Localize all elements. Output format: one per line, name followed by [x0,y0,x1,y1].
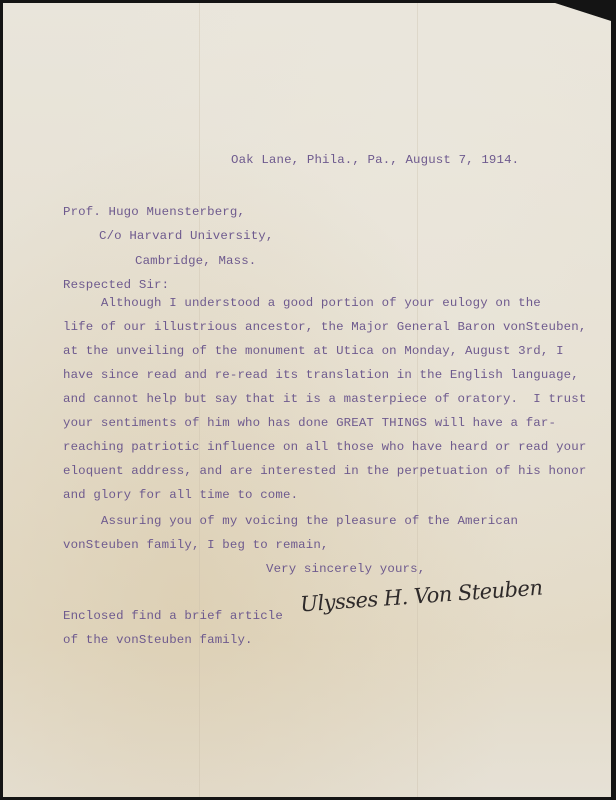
body-line: reaching patriotic influence on all thos… [63,434,586,460]
recipient-name: Prof. Hugo Muensterberg, [63,199,245,225]
body-line: Although I understood a good portion of … [63,290,541,316]
body-line: have since read and re-read its translat… [63,362,579,388]
body-line: and cannot help but say that it is a mas… [63,386,586,412]
body-line: at the unveiling of the monument at Utic… [63,338,564,364]
body-line: eloquent address, and are interested in … [63,458,586,484]
recipient-city: Cambridge, Mass. [135,248,256,274]
dateline: Oak Lane, Phila., Pa., August 7, 1914. [231,147,519,173]
body-line: life of our illustrious ancestor, the Ma… [63,314,586,340]
body-line: Assuring you of my voicing the pleasure … [63,508,518,534]
body-line: vonSteuben family, I beg to remain, [63,532,329,558]
postscript-line: of the vonSteuben family. [63,627,253,653]
recipient-care-of: C/o Harvard University, [99,223,273,249]
body-line: and glory for all time to come. [63,482,298,508]
postscript-line: Enclosed find a brief article [63,603,283,629]
body-line: your sentiments of him who has done GREA… [63,410,556,436]
closing: Very sincerely yours, [266,556,425,582]
